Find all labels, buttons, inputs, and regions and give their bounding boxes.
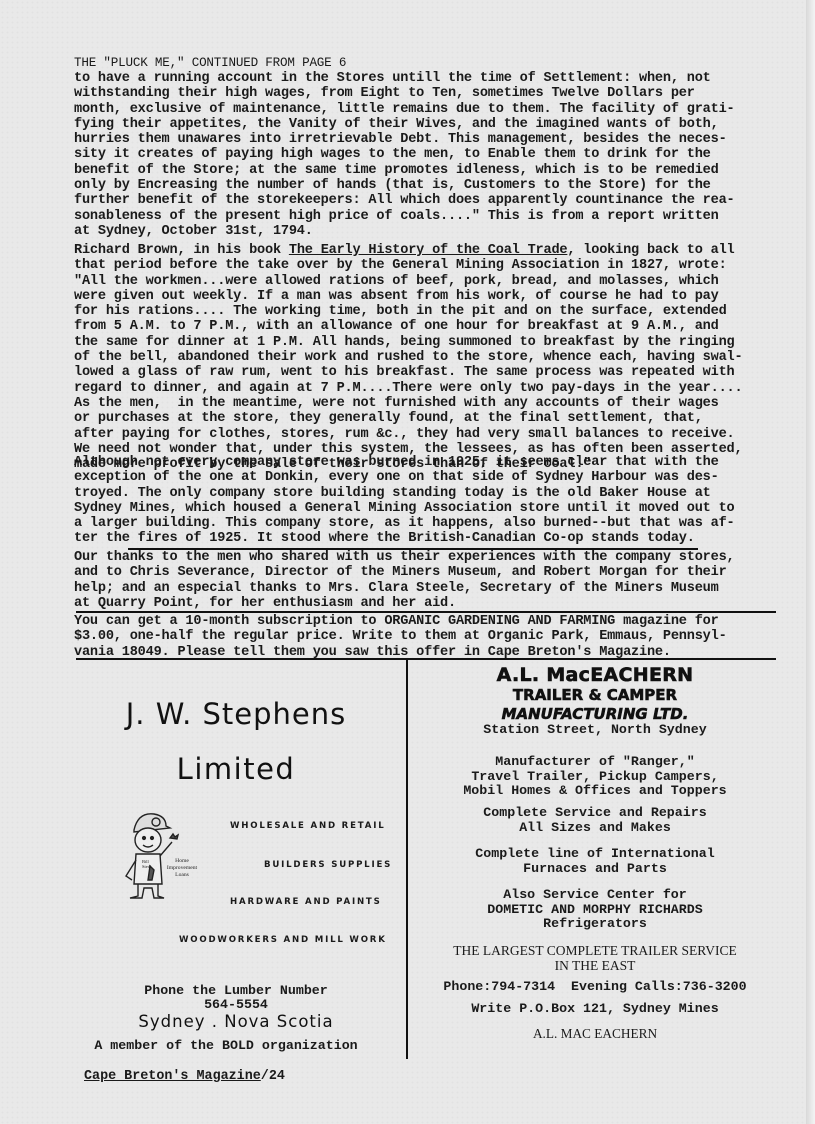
acknowledgements: Our thanks to the men who shared with us… [74,550,774,611]
maceachern-service-center: Also Service Center for DOMETIC AND MORP… [410,888,780,932]
maceachern-title: A.L. MacEACHERN [410,664,780,686]
stephens-name: J. W. Stephens [80,697,392,731]
article-paragraph-3: Although not every company store was bur… [74,455,774,547]
maceachern-subtitle-2: MANUFACTURING LTD. [410,705,780,723]
maceachern-furnaces: Complete line of International Furnaces … [410,847,780,876]
ads-vertical-divider [406,659,408,1059]
paragraph-2-lead-end: , looking back to all [567,243,734,258]
page-number: /24 [261,1069,285,1084]
continuation-header: THE "PLUCK ME," CONTINUED FROM PAGE 6 [74,56,774,71]
maceachern-mail: Write P.O.Box 121, Sydney Mines [410,1002,780,1017]
book-title: The Early History of the Coal Trade [289,243,568,258]
maceachern-service: Complete Service and Repairs All Sizes a… [410,806,780,835]
notice-divider-top [76,611,776,613]
phone-label: Phone the Lumber Number [80,983,392,998]
article-paragraph-2: Richard Brown, in his book The Early His… [74,243,774,472]
page-footer: Cape Breton's Magazine/24 [84,1069,285,1084]
service-woodworkers: WOODWORKERS AND MILL WORK [179,935,387,945]
mascot-label-line: Loans [162,872,202,879]
service-builders-supplies: BUILDERS SUPPLIES [264,860,392,870]
stephens-limited: Limited [80,752,392,786]
maceachern-address: Station Street, North Sydney [410,723,780,738]
home-improvement-loans-label: Home Improvement Loans [162,858,202,879]
mascot-label-line: Improvement [162,865,202,872]
maceachern-slogan: THE LARGEST COMPLETE TRAILER SERVICE IN … [410,944,780,973]
service-hardware: HARDWARE AND PAINTS [230,897,382,907]
svg-text:Stedi: Stedi [142,864,152,869]
handyman-mascot-icon: Bill Stedi [120,808,180,904]
page-edge [806,0,815,1124]
maceachern-signature: A.L. MAC EACHERN [410,1027,780,1042]
bold-member-line: A member of the BOLD organization [70,1038,382,1053]
magazine-name: Cape Breton's Magazine [84,1069,261,1084]
service-wholesale: WHOLESALE AND RETAIL [230,821,385,831]
mascot-label-line: Home [162,858,202,865]
maceachern-products: Manufacturer of "Ranger," Travel Trailer… [410,755,780,799]
subscription-notice: You can get a 10-month subscription to O… [74,614,774,660]
phone-number: 564-5554 [80,997,392,1012]
maceachern-subtitle-1: TRAILER & CAMPER [410,686,780,704]
paragraph-2-body: that period before the take over by the … [74,258,742,472]
article-paragraph-1: to have a running account in the Stores … [74,71,774,239]
notice-divider-bottom [76,658,776,660]
paragraph-2-lead: Richard Brown, in his book [74,243,289,258]
stephens-location: Sydney . Nova Scotia [80,1012,392,1031]
maceachern-phone: Phone:794-7314 Evening Calls:736-3200 [410,980,780,995]
